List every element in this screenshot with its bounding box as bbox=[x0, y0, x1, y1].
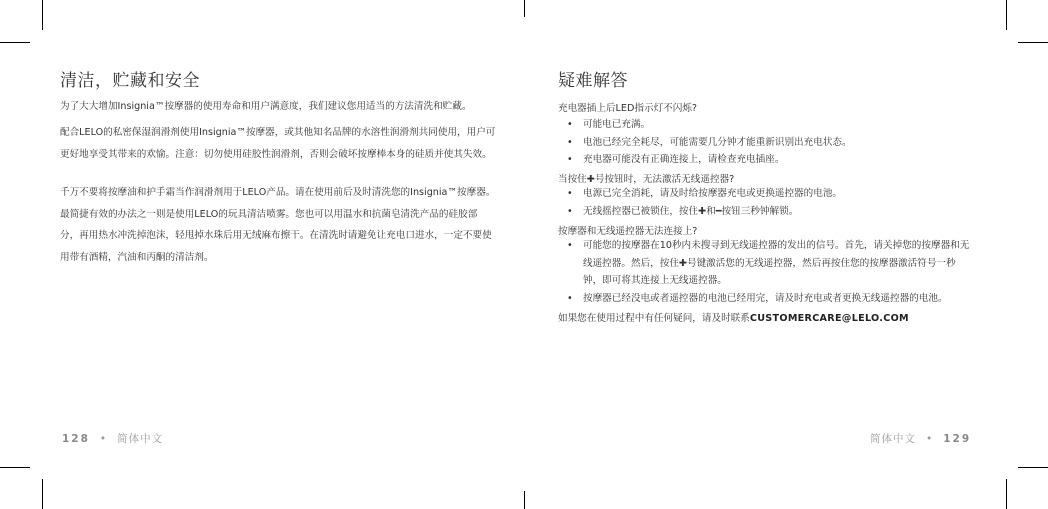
bullet-icon: • bbox=[567, 151, 573, 169]
paragraph-intro: 为了大大增加Insignia™按摩器的使用寿命和用户满意度，我们建议您用适当的方… bbox=[60, 96, 500, 118]
crop-mark bbox=[1018, 467, 1048, 468]
page-title: 清洁，贮藏和安全 bbox=[60, 66, 200, 91]
faq-answer: •充电器可能没有正确连接上，请检查充电插座。 bbox=[558, 151, 988, 169]
crop-mark bbox=[1006, 0, 1007, 30]
faq-answer: •按摩器已经没电或者遥控器的电池已经用完，请及时充电或者更换无线遥控器的电池。 bbox=[558, 290, 1013, 308]
bullet-icon: • bbox=[567, 185, 573, 203]
faq-question: 按摩器和无线遥控器无法连接上? bbox=[558, 223, 697, 237]
contact-line: 如果您在使用过程中有任何疑问，请及时联系CUSTOMERCARE@LELO.CO… bbox=[558, 310, 909, 324]
crop-mark bbox=[1018, 42, 1048, 43]
faq-answer-list: •可能您的按摩器在10秒内未搜寻到无线遥控器的发出的信号。首先，请关掉您的按摩器… bbox=[558, 237, 970, 307]
faq-answer-list: •电源已完全消耗，请及时给按摩器充电或更换遥控器的电池。 •无线摇控器已被锁住，… bbox=[558, 185, 988, 220]
bullet-icon: • bbox=[567, 203, 573, 221]
faq-answer: •电池已经完全耗尽，可能需要几分钟才能重新识别出充电状态。 bbox=[558, 134, 988, 152]
page-footer-left: 128•简体中文 bbox=[62, 431, 163, 446]
contact-email-link[interactable]: CUSTOMERCARE@LELO.COM bbox=[750, 313, 909, 324]
crop-mark bbox=[42, 479, 43, 509]
crop-mark bbox=[42, 0, 43, 30]
contact-text: 如果您在使用过程中有任何疑问，请及时联系 bbox=[558, 313, 750, 324]
crop-mark bbox=[524, 491, 525, 509]
separator-dot: • bbox=[926, 433, 933, 445]
paragraph-lubricant: 配合LELO的私密保湿润滑剂使用Insignia™按摩器，或其他知名品牌的水溶性… bbox=[60, 122, 496, 165]
page-footer-right: 简体中文•129 bbox=[870, 431, 971, 446]
paragraph-cleaning: 千万不要将按摩油和护手霜当作润滑剂用于LELO产品。请在使用前后及时清洗您的In… bbox=[60, 182, 496, 268]
faq-answer: •可能电已充满。 bbox=[558, 116, 988, 134]
crop-mark bbox=[0, 467, 30, 468]
page-number: 129 bbox=[943, 433, 971, 445]
faq-answer-list: •可能电已充满。 •电池已经完全耗尽，可能需要几分钟才能重新识别出充电状态。 •… bbox=[558, 116, 988, 169]
bullet-icon: • bbox=[567, 290, 573, 308]
bullet-icon: • bbox=[567, 134, 573, 152]
bullet-icon: • bbox=[567, 116, 573, 134]
crop-mark bbox=[524, 0, 525, 17]
bullet-icon: • bbox=[567, 237, 573, 255]
page-number: 128 bbox=[62, 433, 90, 445]
crop-mark bbox=[1006, 479, 1007, 509]
faq-question: 当按住✚号按钮时，无法激活无线遥控器? bbox=[558, 171, 734, 185]
faq-answer: •无线摇控器已被锁住，按住✚和━按钮三秒钟解锁。 bbox=[558, 203, 988, 221]
faq-answer: •可能您的按摩器在10秒内未搜寻到无线遥控器的发出的信号。首先，请关掉您的按摩器… bbox=[558, 237, 970, 290]
page-title: 疑难解答 bbox=[558, 66, 628, 91]
language-label: 简体中文 bbox=[870, 433, 916, 445]
crop-mark bbox=[0, 42, 30, 43]
separator-dot: • bbox=[100, 433, 107, 445]
faq-answer: •电源已完全消耗，请及时给按摩器充电或更换遥控器的电池。 bbox=[558, 185, 988, 203]
faq-question: 充电器插上后LED指示灯不闪烁? bbox=[558, 100, 697, 114]
language-label: 简体中文 bbox=[117, 433, 163, 445]
